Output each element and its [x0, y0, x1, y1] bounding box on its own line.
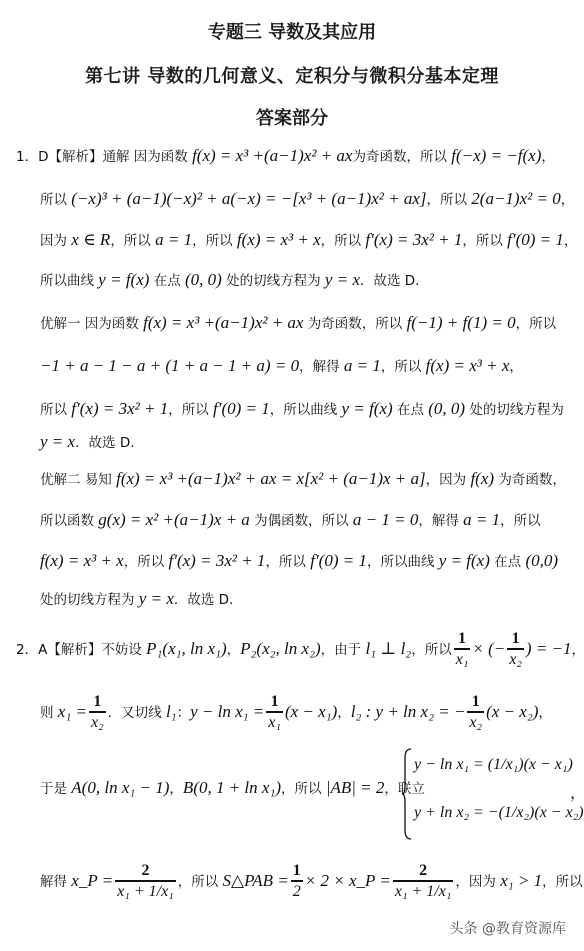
text-run: 为奇函数，所以	[352, 149, 451, 165]
text-run: ，所以	[265, 554, 310, 570]
math-expression: y = f(x)	[98, 270, 149, 289]
system-equation-2: y + ln x₂ = −(1/x₂)(x − x₂)	[414, 804, 584, 822]
fraction: 1x₂	[507, 630, 524, 670]
text-run: ，所以	[542, 874, 584, 890]
solution-line: 优解一 因为函数 f(x) = x³ +(a−1)x² + ax 为奇函数，所以…	[40, 313, 556, 334]
text-run: ，所以	[168, 402, 213, 418]
text-run: 在点	[393, 402, 429, 418]
math-expression: y − ln x₁ =	[190, 702, 264, 721]
text-run: ．又切线	[108, 705, 166, 721]
text-run: 则	[40, 705, 58, 721]
text-run: 在点	[149, 273, 185, 289]
text-run: ，	[509, 359, 523, 375]
system-trailing-comma: ，	[570, 780, 584, 803]
math-expression: l₁	[166, 702, 177, 721]
text-run: ，因为	[455, 874, 500, 890]
math-expression: x₁ > 1	[500, 871, 542, 890]
math-expression: y = x	[40, 432, 75, 451]
solution-line: −1 + a − 1 − a + (1 + a − 1 + a) = 0，解得 …	[40, 356, 523, 377]
math-expression: f′(0) = 1	[213, 399, 270, 418]
text-run: ，所以	[427, 192, 472, 208]
math-expression: (0,0)	[525, 551, 558, 570]
text-run: ，	[572, 642, 584, 658]
fraction: 1x₁	[266, 693, 283, 733]
math-expression: S△PAB =	[223, 871, 289, 890]
watermark: 头条 @教育资源库	[450, 918, 566, 938]
lecture-title: 第七讲 导数的几何意义、定积分与微积分基本定理	[0, 62, 584, 88]
fraction: 2x₁ + 1/x₁	[115, 862, 176, 902]
math-expression: f(x) = x³ +(a−1)x² + ax	[192, 146, 352, 165]
text-run: ，所以曲线	[270, 402, 342, 418]
topic-title: 专题三 导数及其应用	[0, 18, 584, 44]
solution-line: 因为 x ∈ R，所以 a = 1，所以 f(x) = x³ + x，所以 f′…	[40, 230, 577, 251]
system-equation-1: y − ln x₁ = (1/x₁)(x − x₁)	[414, 756, 573, 774]
text-run: ，	[538, 705, 552, 721]
text-run: ，所以	[124, 554, 169, 570]
text-run: 1．D【解析】通解 因为函数	[16, 149, 192, 165]
math-expression: A(0, ln x₁ − 1)	[71, 778, 169, 797]
text-run: ，所以曲线	[367, 554, 439, 570]
math-expression: (0, 0)	[428, 399, 465, 418]
text-run: 因为	[40, 233, 71, 249]
math-expression: (0, 0)	[185, 270, 222, 289]
math-expression: l₂ : y + ln x₂ = −	[351, 702, 466, 721]
text-run: 优解一 因为函数	[40, 316, 143, 332]
math-expression: (x − x₂)	[486, 702, 538, 721]
fraction: 1x₂	[467, 693, 484, 733]
solution-line: 所以 f′(x) = 3x² + 1，所以 f′(0) = 1，所以曲线 y =…	[40, 399, 564, 420]
text-run: 在点	[490, 554, 526, 570]
math-expression: B(0, 1 + ln x₁)	[183, 778, 281, 797]
solution-line: 处的切线方程为 y = x．故选 D.	[40, 589, 233, 610]
math-expression: (−x)³ + (a−1)(−x)² + a(−x) = −[x³ + (a−1…	[71, 189, 426, 208]
text-run: ，	[564, 233, 578, 249]
solution-line: 所以曲线 y = f(x) 在点 (0, 0) 处的切线方程为 y = x．故选…	[40, 270, 419, 291]
text-run: ，所以	[192, 233, 237, 249]
math-expression: f(x) = x³ +(a−1)x² + ax	[143, 313, 303, 332]
solution-line: 1．D【解析】通解 因为函数 f(x) = x³ +(a−1)x² + ax为奇…	[16, 146, 555, 167]
math-expression: f′(x) = 3x² + 1	[71, 399, 168, 418]
text-run: ，	[337, 705, 351, 721]
math-expression: x_P =	[71, 871, 113, 890]
math-expression: f(x) = x³ + x	[426, 356, 510, 375]
text-run: ，所以	[178, 874, 223, 890]
math-expression: y = f(x)	[342, 399, 393, 418]
text-run: ：	[177, 705, 191, 721]
text-run: 2．A【解析】不妨设	[16, 642, 146, 658]
text-run: 所以函数	[40, 513, 98, 529]
math-expression: y = f(x)	[439, 551, 490, 570]
text-run: ，所以	[500, 513, 541, 529]
math-expression: f′(0) = 1	[310, 551, 367, 570]
solution-line: 则 x₁ =1x₂．又切线 l₁：y − ln x₁ =1x₁(x − x₁)，…	[40, 693, 552, 733]
text-run: ，	[541, 149, 555, 165]
math-expression: x₁ =	[58, 702, 87, 721]
solution-line: 所以 (−x)³ + (a−1)(−x)² + a(−x) = −[x³ + (…	[40, 189, 574, 210]
text-run: ，解得	[299, 359, 344, 375]
math-expression: f′(x) = 3x² + 1	[365, 230, 462, 249]
text-run: ，所以	[321, 233, 366, 249]
text-run: 所以曲线	[40, 273, 98, 289]
math-expression: P₂(x₂, ln x₂)	[240, 639, 321, 658]
math-expression: a − 1 = 0	[353, 510, 418, 529]
text-run: ，所以	[381, 359, 426, 375]
math-expression: −1 + a − 1 − a + (1 + a − 1 + a) = 0	[40, 356, 299, 375]
math-expression: f(x) = x³ + x	[40, 551, 124, 570]
text-run: ，由于	[321, 642, 366, 658]
text-run: 为偶函数，所以	[250, 513, 353, 529]
fraction: 12	[291, 862, 303, 902]
left-brace-icon	[402, 748, 412, 840]
solution-line: f(x) = x³ + x，所以 f′(x) = 3x² + 1，所以 f′(0…	[40, 551, 558, 572]
math-expression: x ∈ R	[71, 230, 110, 249]
section-title: 答案部分	[0, 104, 584, 130]
text-run: 处的切线方程为	[465, 402, 564, 418]
text-run: ，	[169, 781, 183, 797]
text-run: 为奇函数，	[494, 472, 566, 488]
text-run: ，所以	[411, 642, 452, 658]
text-run: 优解二 易知	[40, 472, 116, 488]
text-run: ，	[227, 642, 241, 658]
math-expression: a = 1	[155, 230, 192, 249]
text-run: 于是	[40, 781, 71, 797]
text-run: ，解得	[418, 513, 463, 529]
text-run: ．故选 D.	[174, 592, 233, 608]
solution-line: y = x．故选 D.	[40, 432, 135, 453]
math-expression: f(−1) + f(1) = 0	[407, 313, 516, 332]
math-expression: × (−	[472, 639, 505, 658]
math-expression: ) = −1	[526, 639, 572, 658]
math-expression: g(x) = x² +(a−1)x + a	[98, 510, 250, 529]
text-run: 为奇函数，所以	[303, 316, 406, 332]
text-run: 解得	[40, 874, 71, 890]
text-run: 所以	[40, 192, 71, 208]
text-run: ，所以	[281, 781, 326, 797]
math-expression: a = 1	[463, 510, 500, 529]
math-expression: f(x) = x³ + x	[237, 230, 321, 249]
text-run: ，因为	[426, 472, 471, 488]
text-run: ，所以	[516, 316, 557, 332]
math-expression: |AB| = 2	[326, 778, 385, 797]
solution-line: 优解二 易知 f(x) = x³ +(a−1)x² + ax = x[x² + …	[40, 469, 566, 490]
math-expression: (x − x₁)	[285, 702, 337, 721]
solution-line: 于是 A(0, ln x₁ − 1)，B(0, 1 + ln x₁)，所以 |A…	[40, 778, 425, 799]
fraction: 1x₁	[454, 630, 471, 670]
text-run: ．故选 D.	[75, 435, 134, 451]
math-expression: y = x	[325, 270, 360, 289]
solution-line: 解得 x_P =2x₁ + 1/x₁，所以 S△PAB =12× 2 × x_P…	[40, 862, 584, 902]
solution-line: 所以函数 g(x) = x² +(a−1)x + a 为偶函数，所以 a − 1…	[40, 510, 541, 531]
math-expression: y = x	[139, 589, 174, 608]
text-run: ，所以	[110, 233, 155, 249]
math-expression: f(−x) = −f(x)	[451, 146, 541, 165]
text-run: ，所以	[462, 233, 507, 249]
math-expression: f′(x) = 3x² + 1	[169, 551, 266, 570]
fraction: 1x₂	[89, 693, 106, 733]
text-run: ．故选 D.	[360, 273, 419, 289]
text-run: ，	[561, 192, 575, 208]
math-expression: 2(a−1)x² = 0	[471, 189, 560, 208]
math-expression: × 2 × x_P =	[305, 871, 391, 890]
solution-line: 2．A【解析】不妨设 P₁(x₁, ln x₁)，P₂(x₂, ln x₂)，由…	[16, 630, 584, 670]
math-expression: f′(0) = 1	[507, 230, 564, 249]
fraction: 2x₁ + 1/x₁	[393, 862, 454, 902]
math-expression: f(x) = x³ +(a−1)x² + ax = x[x² + (a−1)x …	[116, 469, 426, 488]
math-expression: l₁ ⊥ l₂	[365, 639, 411, 658]
text-run: 处的切线方程为	[40, 592, 139, 608]
equation-system: y − ln x₁ = (1/x₁)(x − x₁) y + ln x₂ = −…	[402, 748, 572, 840]
text-run: 处的切线方程为	[222, 273, 325, 289]
math-expression: P₁(x₁, ln x₁)	[146, 639, 227, 658]
math-expression: a = 1	[344, 356, 381, 375]
text-run: 所以	[40, 402, 71, 418]
math-expression: f(x)	[470, 469, 494, 488]
